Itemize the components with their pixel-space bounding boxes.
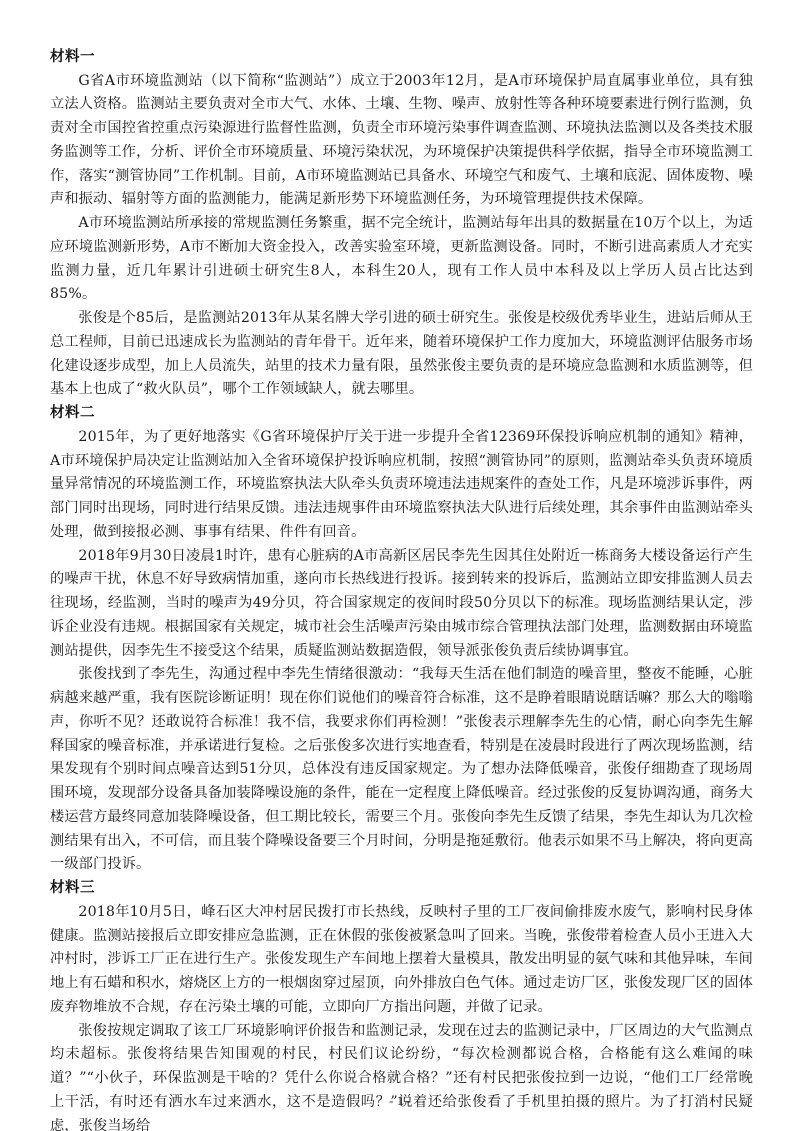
paragraph: 张俊按规定调取了该工厂环境影响评价报告和监测记录，发现在过去的监测记录中，厂区周… — [50, 1020, 753, 1131]
section-title: 材料二 — [50, 402, 753, 426]
paragraph: 张俊是个85后，是监测站2013年从某名牌大学引进的硕士研究生。张俊是校级优秀毕… — [50, 307, 753, 402]
page-number: - 1 - — [0, 1093, 800, 1109]
paragraph: A市环境监测站所承接的常规监测任务繁重，据不完全统计，监测站每年出具的数据量在1… — [50, 212, 753, 307]
section-material-2: 材料二 2015年，为了更好地落实《G省环境保护厅关于进一步提升全省12369环… — [50, 402, 753, 877]
section-title: 材料一 — [50, 46, 753, 70]
paragraph: 2018年10月5日，峰石区大冲村居民拨打市长热线，反映村子里的工厂夜间偷排废水… — [50, 901, 753, 1020]
paragraph: 2015年，为了更好地落实《G省环境保护厅关于进一步提升全省12369环保投诉响… — [50, 426, 753, 545]
paragraph: 张俊找到了李先生，沟通过程中李先生情绪很激动：“我每天生活在他们制造的噪音里，整… — [50, 663, 753, 877]
section-material-1: 材料一 G省A市环境监测站（以下简称“监测站”）成立于2003年12月，是A市环… — [50, 46, 753, 402]
paragraph: 2018年9月30日凌晨1时许，患有心脏病的A市高新区居民李先生因其住处附近一栋… — [50, 545, 753, 664]
paragraph: G省A市环境监测站（以下简称“监测站”）成立于2003年12月，是A市环境保护局… — [50, 70, 753, 213]
document-page: 材料一 G省A市环境监测站（以下简称“监测站”）成立于2003年12月，是A市环… — [50, 46, 753, 1131]
section-title: 材料三 — [50, 877, 753, 901]
